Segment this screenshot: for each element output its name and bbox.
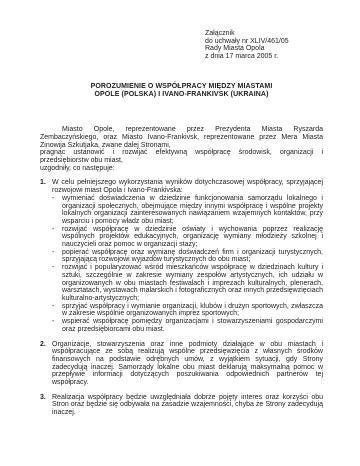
document-page: Załącznik do uchwały nr XLIV/461/05 Rady… (0, 0, 360, 466)
clause-number: 1. (40, 179, 52, 333)
bullet-item: - sprzyjać współpracy i wymianie organiz… (52, 303, 323, 318)
preamble-agreement-lead: uzgodniły, co następuje: (40, 165, 323, 173)
attachment-note: Załącznik do uchwały nr XLIV/461/05 Rady… (205, 30, 323, 61)
bullet-marker: - (52, 318, 62, 333)
bullet-marker: - (52, 249, 62, 264)
clause-text: W celu pełniejszego wykorzystania wynikó… (52, 179, 323, 194)
preamble-intent: pragnąc ustanowić i rozwijać efektywną w… (40, 149, 323, 164)
bullet-text: rozwijać i popularyzować wśród mieszkańc… (62, 264, 323, 303)
clause-list: 1. W celu pełniejszego wykorzystania wyn… (40, 179, 323, 416)
attachment-note-line: z dnia 17 marca 2005 r. (205, 53, 323, 61)
document-title-line-1: POROZUMIENIE O WSPÓŁPRACY MIĘDZY MIASTAM… (40, 83, 323, 91)
bullet-text: wspierać współpracę pomiędzy organizacja… (62, 318, 323, 333)
clause-text: Realizacja współpracy będzie uwzględniał… (52, 394, 323, 417)
bullet-marker: - (52, 226, 62, 249)
clause-number: 2. (40, 341, 52, 387)
bullet-item: - wymieniać doświadczenia w dziedzinie f… (52, 195, 323, 226)
attachment-note-line: Rady Miasta Opola (205, 45, 323, 53)
document-title-line-2: OPOLE (POLSKA) I IVANO-FRANKIVSK (UKRAIN… (40, 91, 323, 99)
attachment-note-line: do uchwały nr XLIV/461/05 (205, 38, 323, 46)
bullet-text: rozwijać współpracę w dziedzinie oświaty… (62, 226, 323, 249)
bullet-text: wymieniać doświadczenia w dziedzinie fun… (62, 195, 323, 226)
attachment-note-line: Załącznik (205, 30, 323, 38)
clause-number: 3. (40, 394, 52, 417)
clause-3: 3. Realizacja współpracy będzie uwzględn… (40, 394, 323, 417)
preamble-parties: Miasto Opole, reprezentowane przez Prezy… (40, 126, 323, 149)
clause-2: 2. Organizacje, stowarzyszenia oraz inne… (40, 341, 323, 387)
clause-body: Organizacje, stowarzyszenia oraz inne po… (52, 341, 323, 387)
clause-body: Realizacja współpracy będzie uwzględniał… (52, 394, 323, 417)
bullet-item: - popierać współpracę oraz wymianę doświ… (52, 249, 323, 264)
bullet-marker: - (52, 195, 62, 226)
bullet-list: - wymieniać doświadczenia w dziedzinie f… (52, 195, 323, 334)
document-title: POROZUMIENIE O WSPÓŁPRACY MIĘDZY MIASTAM… (40, 83, 323, 98)
clause-1: 1. W celu pełniejszego wykorzystania wyn… (40, 179, 323, 333)
bullet-text: popierać współpracę oraz wymianę doświad… (62, 249, 323, 264)
bullet-marker: - (52, 303, 62, 318)
bullet-item: - wspierać współpracę pomiędzy organizac… (52, 318, 323, 333)
bullet-text: sprzyjać współpracy i wymianie organizac… (62, 303, 323, 318)
clause-body: W celu pełniejszego wykorzystania wynikó… (52, 179, 323, 333)
bullet-item: - rozwijać współpracę w dziedzinie oświa… (52, 226, 323, 249)
preamble: Miasto Opole, reprezentowane przez Prezy… (40, 126, 323, 172)
bullet-item: - rozwijać i popularyzować wśród mieszka… (52, 264, 323, 303)
clause-text: Organizacje, stowarzyszenia oraz inne po… (52, 341, 323, 387)
bullet-marker: - (52, 264, 62, 303)
